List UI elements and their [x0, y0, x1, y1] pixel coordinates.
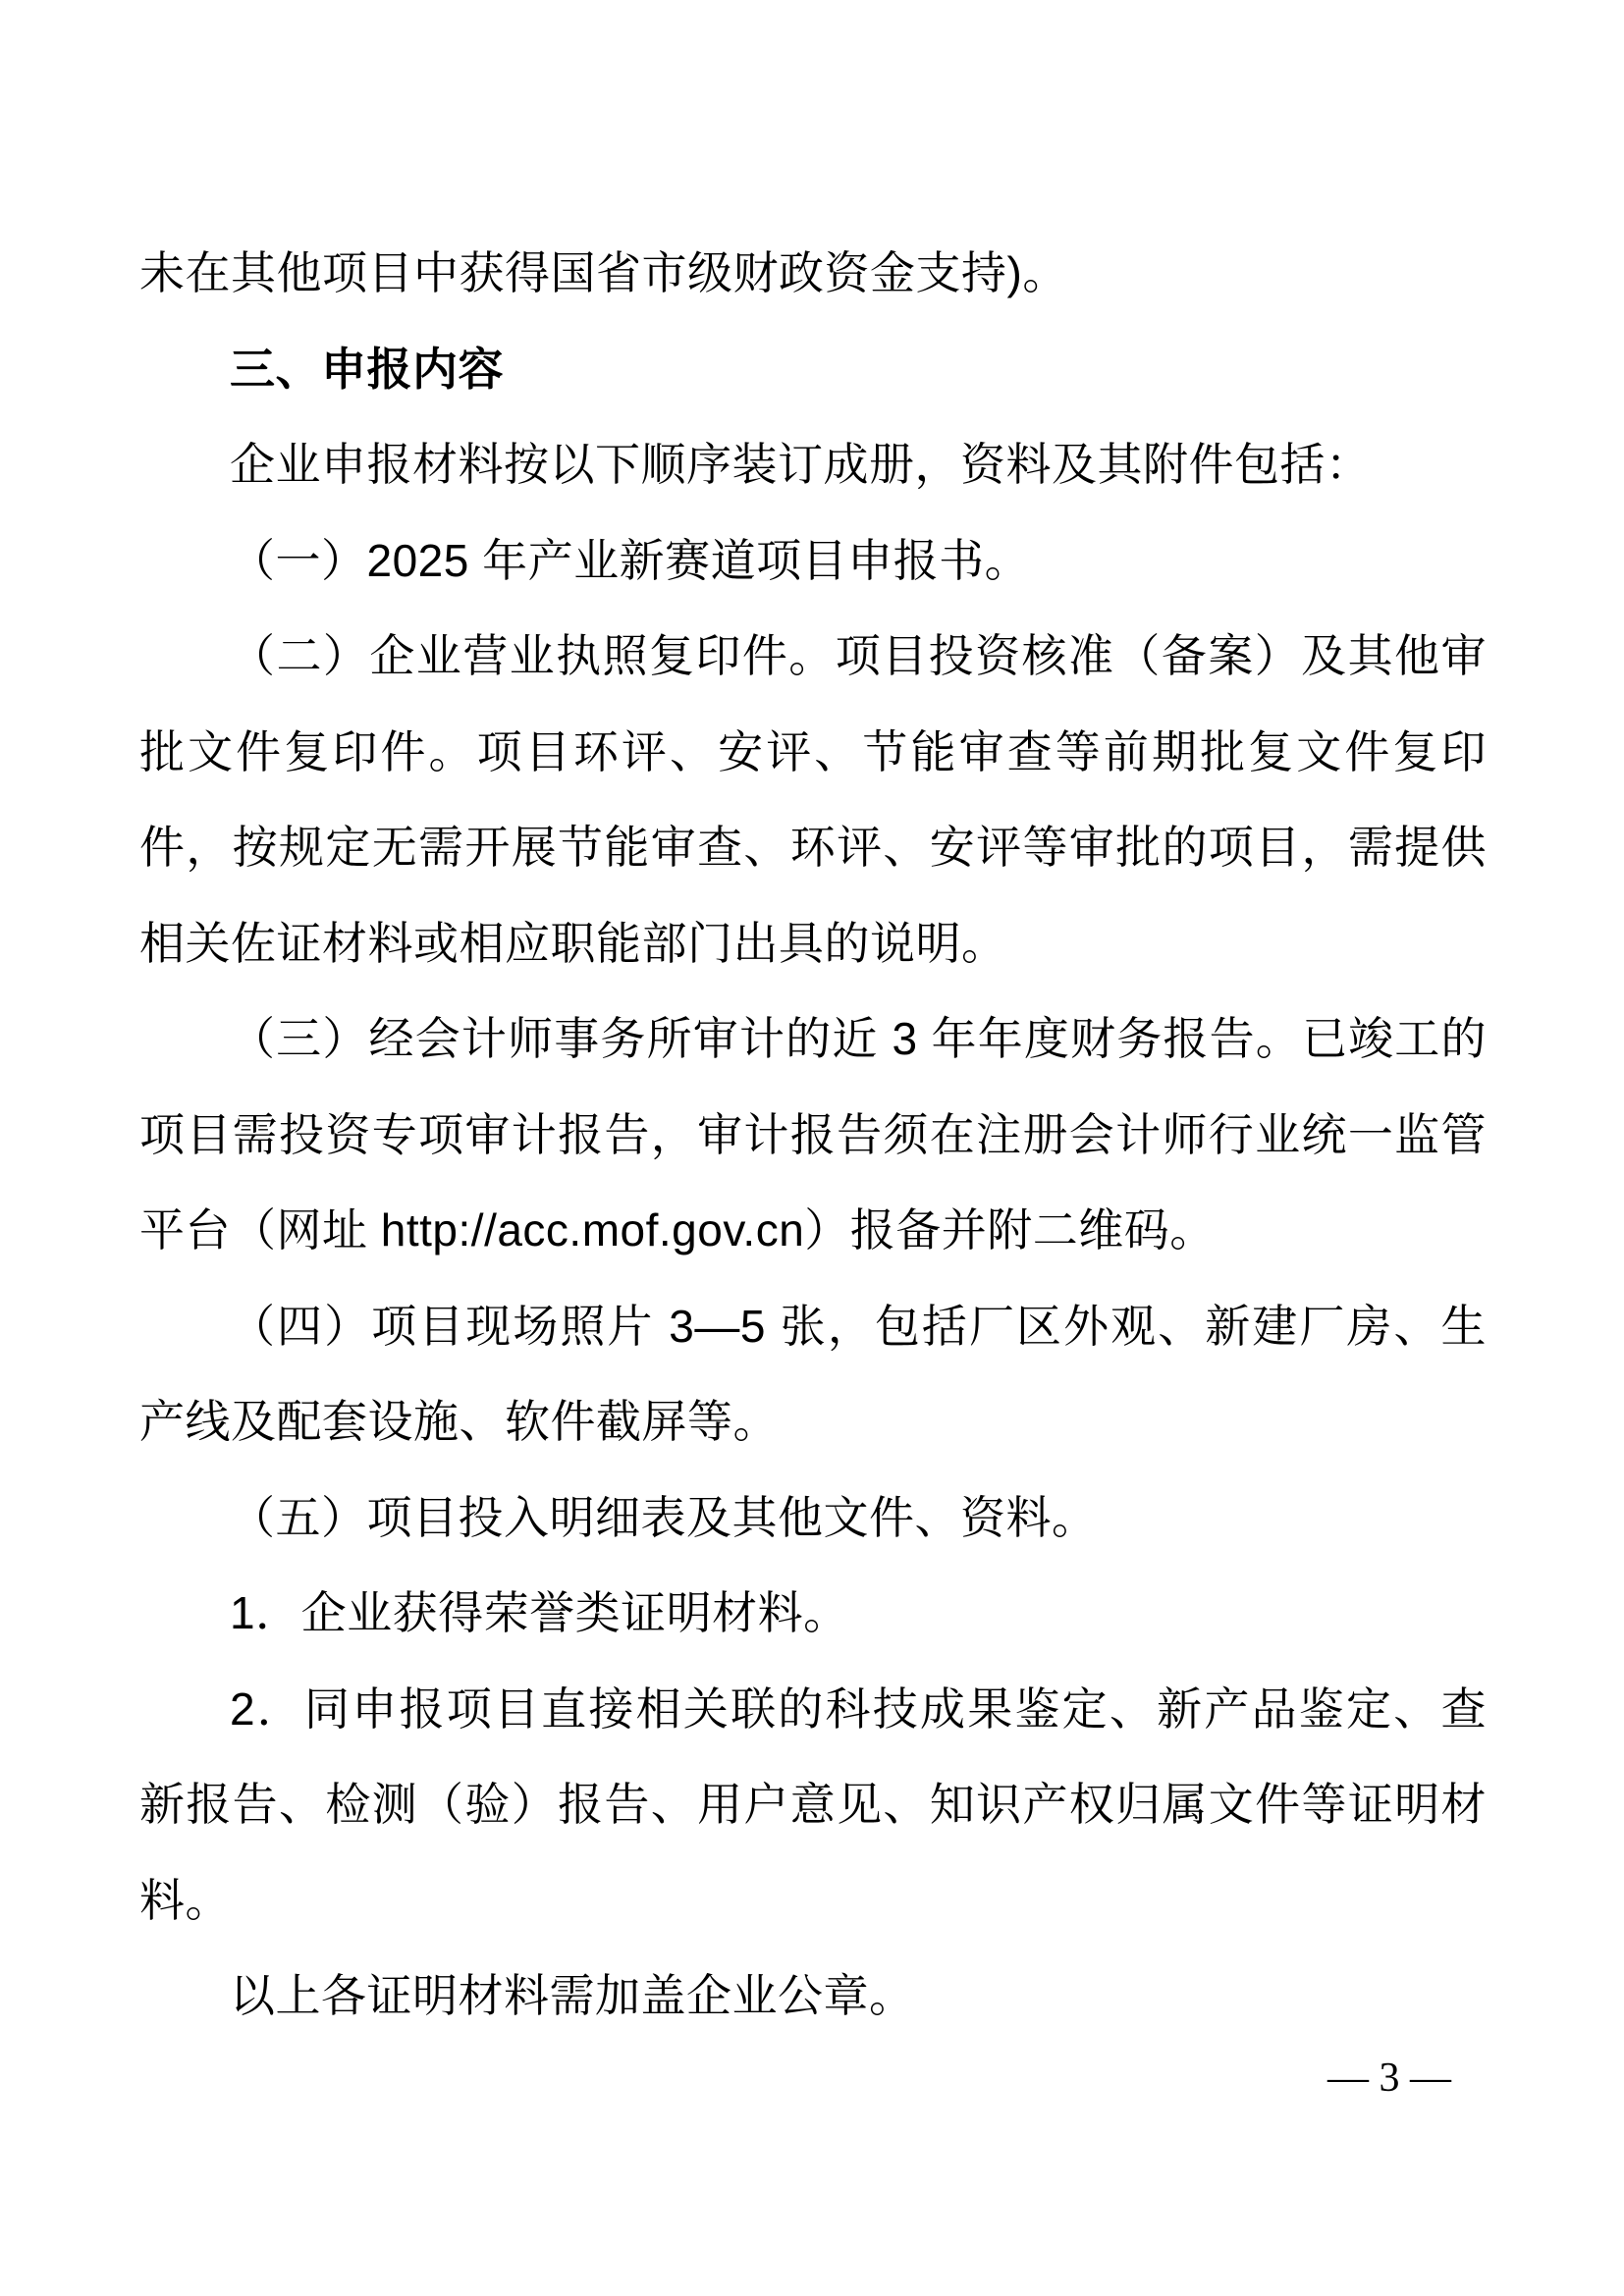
sub-item-2: 2．同申报项目直接相关联的科技成果鉴定、新产品鉴定、查新报告、检测（验）报告、用…: [139, 1662, 1487, 1949]
paragraph-intro: 企业申报材料按以下顺序装订成册，资料及其附件包括：: [139, 417, 1487, 513]
list-item-3: （三）经会计师事务所审计的近 3 年年度财务报告。已竣工的项目需投资专项审计报告…: [139, 991, 1487, 1279]
sub-item-1: 1．企业获得荣誉类证明材料。: [139, 1566, 1487, 1662]
document-body: 未在其他项目中获得国省市级财政资金支持)。 三、申报内容 企业申报材料按以下顺序…: [139, 226, 1487, 2045]
list-item-4: （四）项目现场照片 3—5 张，包括厂区外观、新建厂房、生产线及配套设施、软件截…: [139, 1279, 1487, 1470]
list-item-5: （五）项目投入明细表及其他文件、资料。: [139, 1470, 1487, 1567]
list-item-1: （一）2025 年产业新赛道项目申报书。: [139, 513, 1487, 610]
page-number: — 3 —: [1327, 2057, 1451, 2099]
section-heading: 三、申报内容: [139, 322, 1487, 418]
paragraph-continuation: 未在其他项目中获得国省市级财政资金支持)。: [139, 226, 1487, 322]
list-item-2: （二）企业营业执照复印件。项目投资核准（备案）及其他审批文件复印件。项目环评、安…: [139, 609, 1487, 991]
document-page: 未在其他项目中获得国省市级财政资金支持)。 三、申报内容 企业申报材料按以下顺序…: [0, 0, 1624, 2296]
paragraph-closing: 以上各证明材料需加盖企业公章。: [139, 1949, 1487, 2045]
